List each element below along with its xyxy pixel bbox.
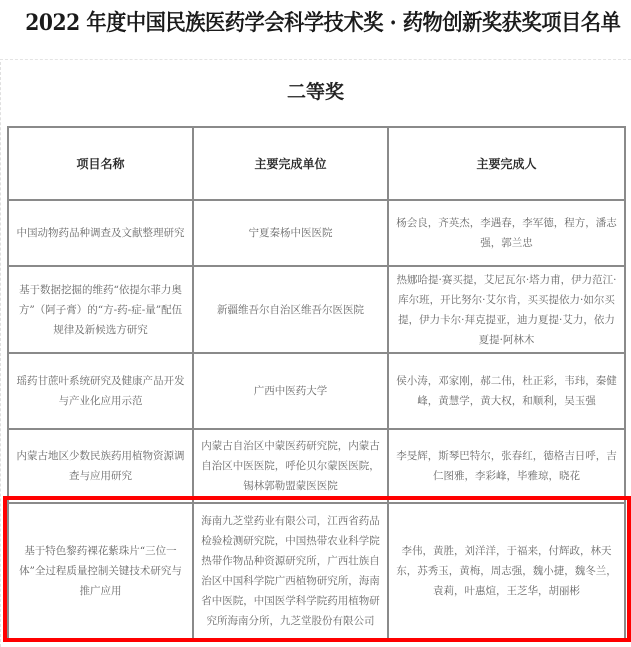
page-edge [0,62,3,647]
people-cell: 李旻辉，斯琴巴特尔，张春红，德格吉日呼，吉仁图雅，李彩峰，毕雅琼，晓花 [388,429,625,503]
table-row: 内蒙古地区少数民族药用植物资源调查与应用研究 内蒙古自治区中蒙医药研究院，内蒙古… [8,429,625,503]
project-cell: 基于特色黎药裸花紫珠片“三位一体”全过程质量控制关键技术研究与推广应用 [8,503,193,639]
units-cell: 海南九芝堂药业有限公司，江西省药品检验检测研究院，中国热带农业科学院热带作物品种… [193,503,388,639]
project-cell: 瑶药甘蔗叶系统研究及健康产品开发与产业化应用示范 [8,353,193,429]
people-cell: 热娜哈提·赛买提，艾尼瓦尔·塔力甫，伊力范江·库尔班，开比努尔·艾尔肯，买买提依… [388,266,625,353]
units-cell: 宁夏秦杨中医医院 [193,200,388,266]
header-project-name: 项目名称 [8,127,193,200]
header-main-people: 主要完成人 [388,127,625,200]
table-row: 瑶药甘蔗叶系统研究及健康产品开发与产业化应用示范 广西中医药大学 侯小涛，邓家刚… [8,353,625,429]
header-main-units: 主要完成单位 [193,127,388,200]
table-header-row: 项目名称 主要完成单位 主要完成人 [8,127,625,200]
project-cell: 中国动物药品种调查及文献整理研究 [8,200,193,266]
project-cell: 基于数据挖掘的维药“依提尔菲力奥方”（阿子膏）的“方-药-症-量”配伍规律及新候… [8,266,193,353]
table-row: 中国动物药品种调查及文献整理研究 宁夏秦杨中医医院 杨会良，齐英杰，李遇春，李军… [8,200,625,266]
people-cell: 李伟，黄胜，刘洋洋，于福来，付辉政，林天东，苏秀玉，黄梅，周志强，魏小捷，魏冬兰… [388,503,625,639]
table-row: 基于数据挖掘的维药“依提尔菲力奥方”（阿子膏）的“方-药-症-量”配伍规律及新候… [8,266,625,353]
units-cell: 广西中医药大学 [193,353,388,429]
people-cell: 侯小涛，邓家刚，郝二伟，杜正彩，韦玮，秦健峰，黄慧学，黄大权，和顺利，吴玉强 [388,353,625,429]
award-level-heading: 二等奖 [0,77,631,104]
document-title: 2022 年度中国民族医药学会科学技术奖 · 药物创新奖获奖项目名单 [25,6,606,37]
table-row-highlighted: 基于特色黎药裸花紫珠片“三位一体”全过程质量控制关键技术研究与推广应用 海南九芝… [8,503,625,639]
awards-table: 项目名称 主要完成单位 主要完成人 中国动物药品种调查及文献整理研究 宁夏秦杨中… [7,126,626,640]
people-cell: 杨会良，齐英杰，李遇春，李军德，程方，潘志强，郭兰忠 [388,200,625,266]
project-cell: 内蒙古地区少数民族药用植物资源调查与应用研究 [8,429,193,503]
page-divider [0,59,631,60]
units-cell: 内蒙古自治区中蒙医药研究院，内蒙古自治区中医医院，呼伦贝尔蒙医医院，锡林郭勒盟蒙… [193,429,388,503]
units-cell: 新疆维吾尔自治区维吾尔医医院 [193,266,388,353]
